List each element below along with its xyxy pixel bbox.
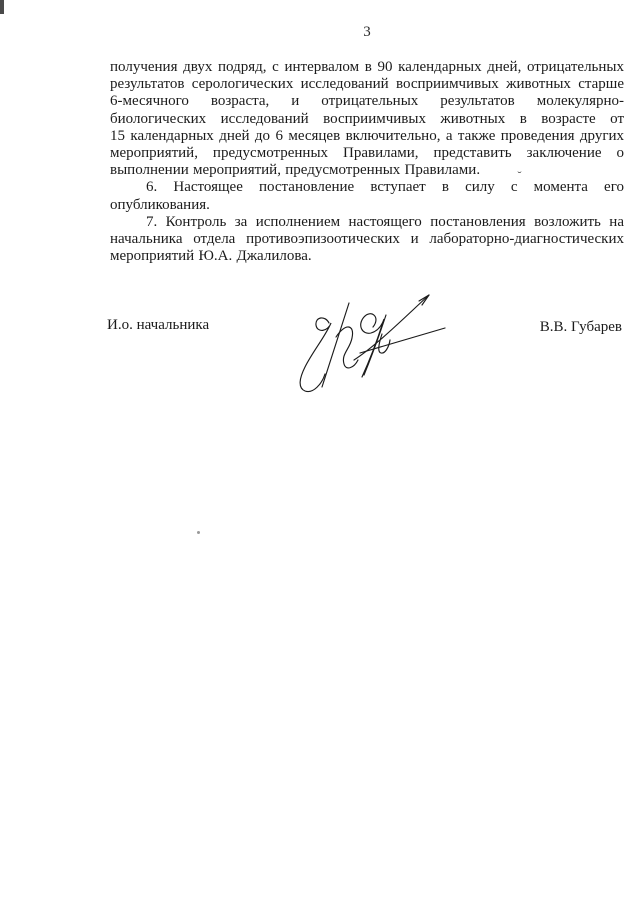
handwritten-signature-icon bbox=[292, 288, 452, 396]
body-line-item-7: 7. Контроль за исполнением настоящего по… bbox=[110, 214, 624, 231]
page-number: 3 bbox=[110, 24, 624, 41]
body-line-item-6: 6. Настоящее постановление вступает в си… bbox=[110, 179, 624, 196]
body-line-paragraph-end: выполнении мероприятий, предусмотренных … bbox=[110, 162, 624, 179]
scanned-document-page: 3 получения двух подряд, с интервалом в … bbox=[0, 0, 640, 905]
signer-name: В.В. Губарев bbox=[422, 319, 622, 336]
body-line: 6-месячного возраста, и отрицательных ре… bbox=[110, 93, 624, 110]
body-line: результатов серологических исследований … bbox=[110, 76, 624, 93]
scan-artifact-speck bbox=[197, 531, 200, 534]
signer-role-label: И.о. начальника bbox=[107, 317, 209, 334]
document-body: получения двух подряд, с интервалом в 90… bbox=[110, 59, 624, 265]
body-line: мероприятий, предусмотренных Правилами, … bbox=[110, 145, 624, 162]
body-line: 15 календарных дней до 6 месяцев включит… bbox=[110, 128, 624, 145]
body-line: начальника отдела противоэпизоотических … bbox=[110, 231, 624, 248]
body-line: биологических исследований восприимчивых… bbox=[110, 111, 624, 128]
body-line-paragraph-end: опубликования. bbox=[110, 197, 624, 214]
scan-artifact-checkmark: ˇ bbox=[517, 170, 521, 180]
scan-artifact-corner-mark bbox=[0, 0, 4, 14]
body-line-paragraph-end: мероприятий Ю.А. Джалилова. bbox=[110, 248, 624, 265]
body-line: получения двух подряд, с интервалом в 90… bbox=[110, 59, 624, 76]
